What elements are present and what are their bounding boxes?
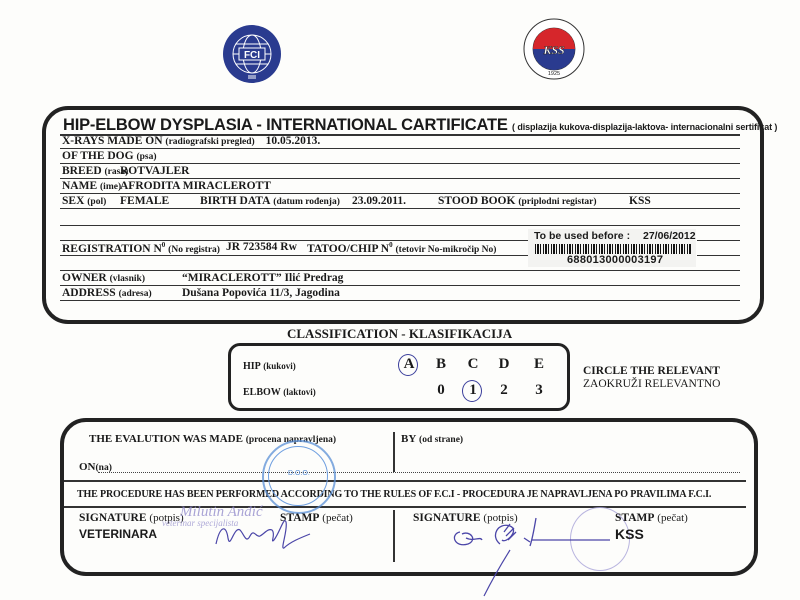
rule	[60, 270, 740, 271]
fci-logo-icon: FCI	[222, 24, 282, 84]
birth-value: 23.09.2011.	[352, 195, 406, 207]
elbow-grade-3[interactable]: 3	[532, 382, 546, 399]
barcode-expiry: To be used before : 27/06/2012	[534, 230, 696, 242]
sex-row: SEX (pol) FEMALE BIRTH DATA (datum rođen…	[62, 195, 106, 207]
rule	[60, 285, 740, 286]
birth-field: BIRTH DATA (datum rođenja)	[200, 195, 340, 207]
rule	[60, 178, 740, 179]
address-row: ADDRESS (adresa) Dušana Popovića 11/3, J…	[62, 287, 152, 299]
barcode-icon	[535, 244, 691, 254]
divider	[393, 432, 395, 472]
elbow-label: ELBOW (laktovi)	[243, 387, 316, 398]
stud-book-value: KSS	[629, 195, 651, 207]
sex-value: FEMALE	[120, 195, 169, 207]
rule	[60, 208, 740, 209]
divider	[393, 510, 395, 562]
registration-value: JR 723584 Rw	[226, 241, 297, 253]
breed-value: ROTVAJLER	[120, 165, 189, 177]
rule	[60, 148, 740, 149]
kss-signature-icon	[440, 510, 620, 600]
address-value: Dušana Popovića 11/3, Jagodina	[182, 287, 340, 299]
xray-row: X-RAYS MADE ON (radiografski pregled) 10…	[62, 135, 320, 147]
vet-role: VETERINARA	[79, 527, 157, 541]
rule	[60, 163, 740, 164]
hip-grade-A[interactable]: A	[402, 356, 416, 373]
name-row: NAME (ime) AFRODITA MIRACLEROTT	[62, 180, 121, 192]
name-value: AFRODITA MIRACLEROTT	[120, 180, 271, 192]
hip-grade-C[interactable]: C	[466, 356, 480, 373]
owner-value: “MIRACLEROTT” Ilić Predrag	[182, 272, 343, 284]
svg-text:KSS: KSS	[542, 43, 565, 57]
chip-field: TATOO/CHIP N0 (tetovir No-mikročip No)	[307, 241, 496, 255]
evaluation-by-label: BY (od strane)	[401, 433, 463, 445]
kss-stamp-label: STAMP (pečat)	[615, 512, 688, 524]
rule	[60, 225, 740, 226]
rule	[697, 240, 740, 241]
breed-row: BREED (rasa) ROTVAJLER	[62, 165, 128, 177]
svg-text:veterinar specijalista: veterinar specijalista	[162, 518, 239, 528]
vet-signature-icon: Milutin Anđić veterinar specijalista	[150, 500, 350, 560]
certificate-title: HIP-ELBOW DYSPLASIA - INTERNATIONAL CART…	[63, 116, 777, 135]
registration-row: REGISTRATION N0 (No registra) JR 723584 …	[62, 241, 220, 255]
hip-grade-B[interactable]: B	[434, 356, 448, 373]
elbow-grade-0[interactable]: 0	[434, 382, 448, 399]
kss-logo-icon: KSS 1925	[523, 18, 585, 80]
circle-instruction: CIRCLE THE RELEVANT ZAOKRUŽI RELEVANTNO	[583, 365, 720, 391]
stud-book-field: STOOD BOOK (priplodni registar)	[438, 195, 597, 207]
svg-text:1925: 1925	[548, 71, 560, 77]
procedure-statement: THE PROCEDURE HAS BEEN PERFORMED ACCORDI…	[77, 489, 711, 500]
dog-row: OF THE DOG (psa)	[62, 150, 157, 162]
barcode-number: 688013000003197	[567, 254, 663, 266]
on-date-line[interactable]	[98, 472, 740, 473]
owner-row: OWNER (vlasnik) “MIRACLEROTT” Ilić Predr…	[62, 272, 145, 284]
hip-grade-E[interactable]: E	[532, 356, 546, 373]
classification-frame	[228, 343, 570, 411]
rule	[60, 193, 740, 194]
vet-stamp-text: D.O.O.	[288, 470, 310, 477]
xray-date: 10.05.2013.	[266, 135, 321, 147]
rule	[64, 480, 746, 482]
hip-label: HIP (kukovi)	[243, 361, 296, 372]
elbow-grade-1[interactable]: 1	[466, 382, 480, 399]
evaluation-on-label: ON(na)	[79, 461, 112, 473]
classification-title: CLASSIFICATION - KLASIFIKACIJA	[287, 326, 512, 342]
rule	[60, 255, 530, 256]
hip-grade-D[interactable]: D	[497, 356, 511, 373]
certificate-title-translation: ( displazija kukova-displazija-laktova- …	[512, 122, 777, 132]
rule	[60, 300, 740, 301]
rule	[697, 255, 740, 256]
svg-text:FCI: FCI	[244, 50, 260, 61]
elbow-grade-2[interactable]: 2	[497, 382, 511, 399]
